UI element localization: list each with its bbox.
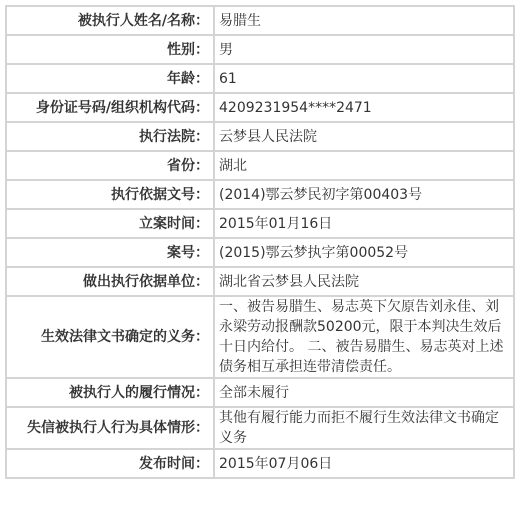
value-obligations: 一、被告易腊生、易志英下欠原告刘永佳、刘永梁劳动报酬款50200元，限于本判决生…	[214, 296, 514, 378]
label-province: 省份：	[6, 151, 214, 180]
row-executing-court: 执行法院： 云梦县人民法院	[6, 122, 514, 151]
row-case-number: 案号： (2015)鄂云梦执字第00052号	[6, 238, 514, 267]
row-filing-date: 立案时间： 2015年01月16日	[6, 209, 514, 238]
value-executing-court: 云梦县人民法院	[214, 122, 514, 151]
label-gender: 性别：	[6, 35, 214, 64]
value-debtor-name: 易腊生	[214, 6, 514, 35]
value-dishonest-behavior: 其他有履行能力而拒不履行生效法律文书确定义务	[214, 407, 514, 449]
label-executing-court: 执行法院：	[6, 122, 214, 151]
row-issuing-unit: 做出执行依据单位： 湖北省云梦县人民法院	[6, 267, 514, 296]
row-debtor-name: 被执行人姓名/名称： 易腊生	[6, 6, 514, 35]
row-dishonest-behavior: 失信被执行人行为具体情形： 其他有履行能力而拒不履行生效法律文书确定义务	[6, 407, 514, 449]
label-publish-date: 发布时间：	[6, 449, 214, 478]
dishonest-debtor-info-table: 被执行人姓名/名称： 易腊生 性别： 男 年龄： 61 身份证号码/组织机构代码…	[5, 5, 515, 479]
value-id-number: 4209231954****2471	[214, 93, 514, 122]
value-filing-date: 2015年01月16日	[214, 209, 514, 238]
value-issuing-unit: 湖北省云梦县人民法院	[214, 267, 514, 296]
label-basis-document-number: 执行依据文号：	[6, 180, 214, 209]
row-basis-document-number: 执行依据文号： (2014)鄂云梦民初字第00403号	[6, 180, 514, 209]
label-issuing-unit: 做出执行依据单位：	[6, 267, 214, 296]
label-id-number: 身份证号码/组织机构代码：	[6, 93, 214, 122]
value-case-number: (2015)鄂云梦执字第00052号	[214, 238, 514, 267]
label-dishonest-behavior: 失信被执行人行为具体情形：	[6, 407, 214, 449]
value-age: 61	[214, 64, 514, 93]
value-gender: 男	[214, 35, 514, 64]
row-province: 省份： 湖北	[6, 151, 514, 180]
label-debtor-name: 被执行人姓名/名称：	[6, 6, 214, 35]
label-age: 年龄：	[6, 64, 214, 93]
value-basis-document-number: (2014)鄂云梦民初字第00403号	[214, 180, 514, 209]
row-age: 年龄： 61	[6, 64, 514, 93]
row-id-number: 身份证号码/组织机构代码： 4209231954****2471	[6, 93, 514, 122]
label-case-number: 案号：	[6, 238, 214, 267]
row-publish-date: 发布时间： 2015年07月06日	[6, 449, 514, 478]
row-obligations: 生效法律文书确定的义务： 一、被告易腊生、易志英下欠原告刘永佳、刘永梁劳动报酬款…	[6, 296, 514, 378]
value-performance-status: 全部未履行	[214, 378, 514, 407]
value-publish-date: 2015年07月06日	[214, 449, 514, 478]
row-performance-status: 被执行人的履行情况： 全部未履行	[6, 378, 514, 407]
value-province: 湖北	[214, 151, 514, 180]
label-obligations: 生效法律文书确定的义务：	[6, 296, 214, 378]
label-performance-status: 被执行人的履行情况：	[6, 378, 214, 407]
row-gender: 性别： 男	[6, 35, 514, 64]
label-filing-date: 立案时间：	[6, 209, 214, 238]
